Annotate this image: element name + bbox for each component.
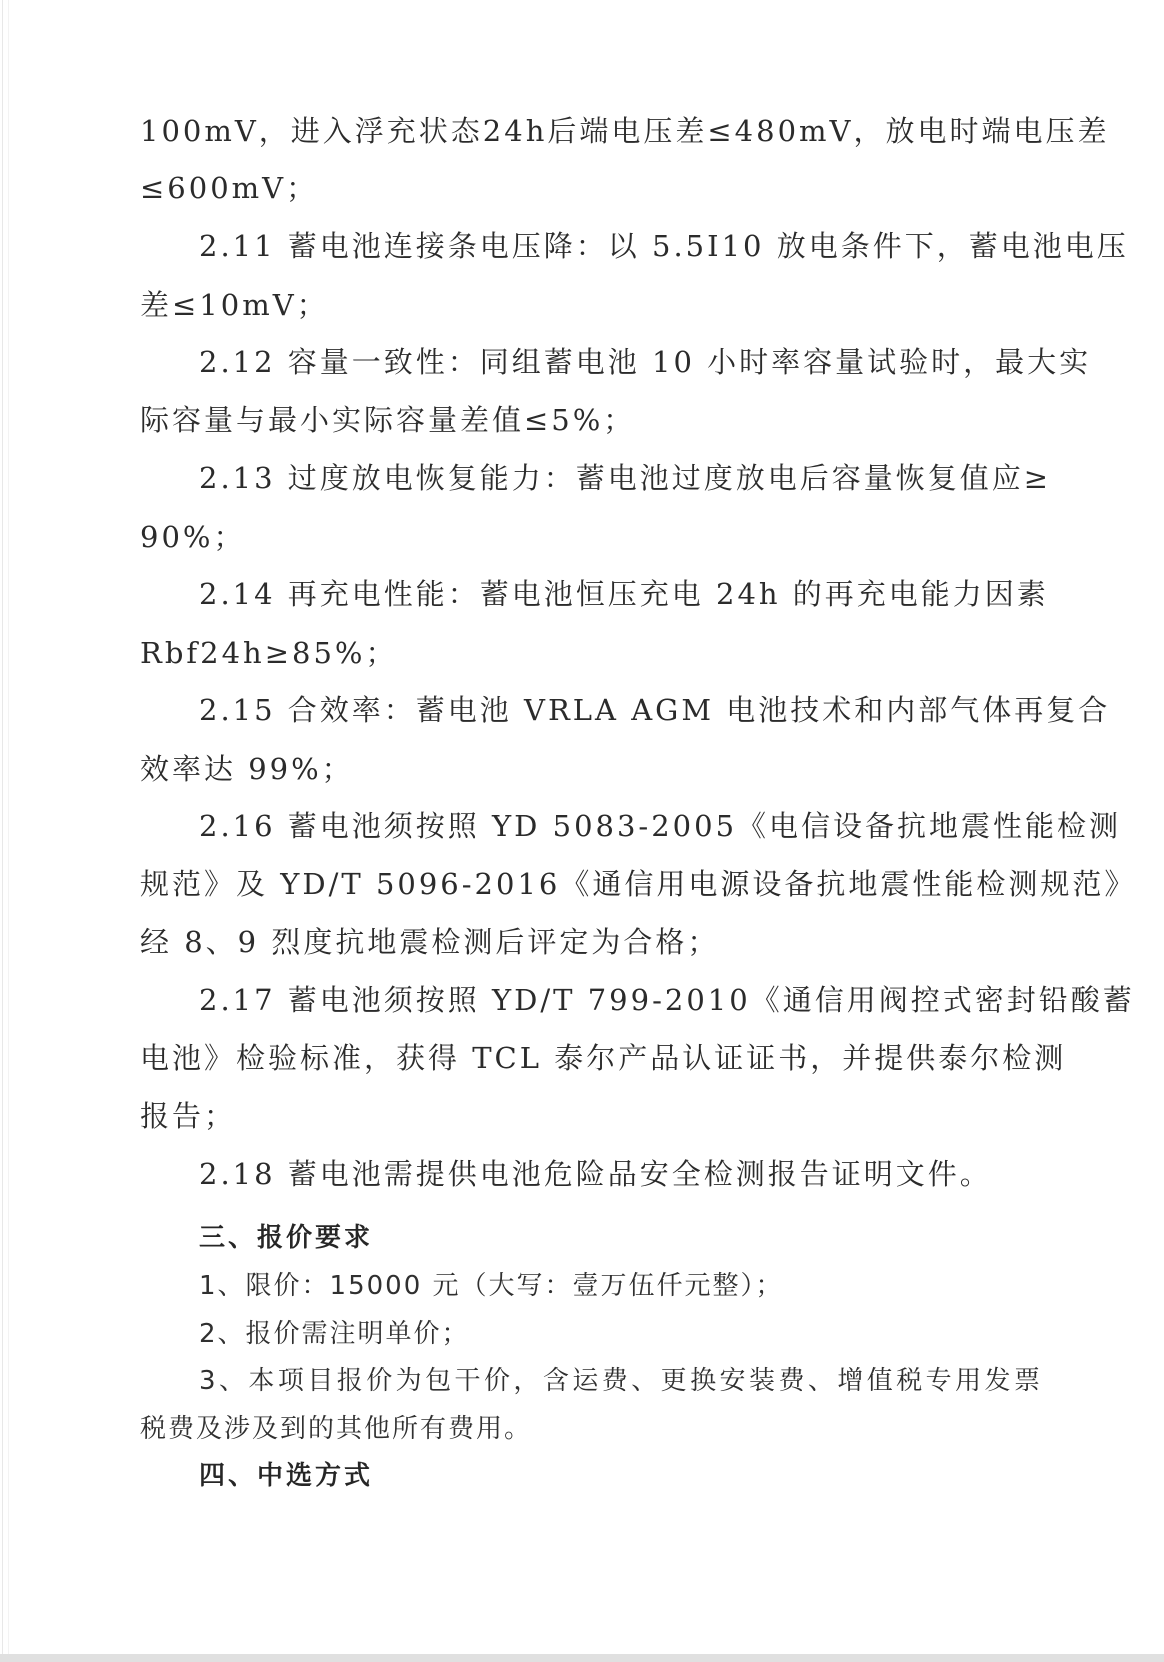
text-line: 差≤10mV； xyxy=(140,285,329,325)
section-3-heading: 三、报价要求 xyxy=(199,1218,373,1258)
unit-price-item: 2、报价需注明单价； xyxy=(199,1314,470,1354)
clause-2-18: 2.18 蓄电池需提供电池危险品安全检测报告证明文件。 xyxy=(199,1154,992,1194)
page-bottom-shadow xyxy=(0,1654,1164,1662)
price-limit-item: 1、限价：15000 元（大写：壹万伍仟元整）； xyxy=(199,1266,784,1306)
clause-2-14: 2.14 再充电性能：蓄电池恒压充电 24h 的再充电能力因素 xyxy=(199,574,1042,614)
clause-2-17: 2.17 蓄电池须按照 YD/T 799-2010《通信用阀控式密封铅酸蓄 xyxy=(199,980,1042,1020)
text-line: 税费及涉及到的其他所有费用。 xyxy=(140,1409,532,1449)
page-left-edge-inner xyxy=(8,0,9,1654)
text-line: 经 8、9 烈度抗地震检测后评定为合格； xyxy=(140,922,719,962)
clause-2-16: 2.16 蓄电池须按照 YD 5083-2005《电信设备抗地震性能检测 xyxy=(199,806,1042,846)
clause-2-13: 2.13 过度放电恢复能力：蓄电池过度放电后容量恢复值应≥ xyxy=(199,458,1042,498)
clause-2-11: 2.11 蓄电池连接条电压降：以 5.5I10 放电条件下，蓄电池电压 xyxy=(199,226,1042,266)
page-left-edge xyxy=(2,0,3,1654)
document-page: 100mV，进入浮充状态24h后端电压差≤480mV，放电时端电压差 ≤600m… xyxy=(0,0,1164,1654)
text-line: 报告； xyxy=(140,1096,236,1136)
text-line: 规范》及 YD/T 5096-2016《通信用电源设备抗地震性能检测规范》 xyxy=(140,864,1042,904)
text-line: 90%； xyxy=(140,517,245,557)
clause-2-15: 2.15 合效率：蓄电池 VRLA AGM 电池技术和内部气体再复合 xyxy=(199,690,1042,730)
text-line: 电池》检验标准，获得 TCL 泰尔产品认证证书，并提供泰尔检测 xyxy=(140,1038,1042,1078)
text-line: Rbf24h≥85%； xyxy=(140,633,397,673)
clause-2-12: 2.12 容量一致性：同组蓄电池 10 小时率容量试验时，最大实 xyxy=(199,342,1042,382)
text-line: 100mV，进入浮充状态24h后端电压差≤480mV，放电时端电压差 xyxy=(140,111,1042,151)
text-line: ≤600mV； xyxy=(140,168,318,208)
text-line: 际容量与最小实际容量差值≤5%； xyxy=(140,400,635,440)
section-4-heading: 四、中选方式 xyxy=(199,1456,373,1496)
lump-sum-item: 3、本项目报价为包干价，含运费、更换安装费、增值税专用发票 xyxy=(199,1361,1042,1401)
text-line: 效率达 99%； xyxy=(140,749,354,789)
